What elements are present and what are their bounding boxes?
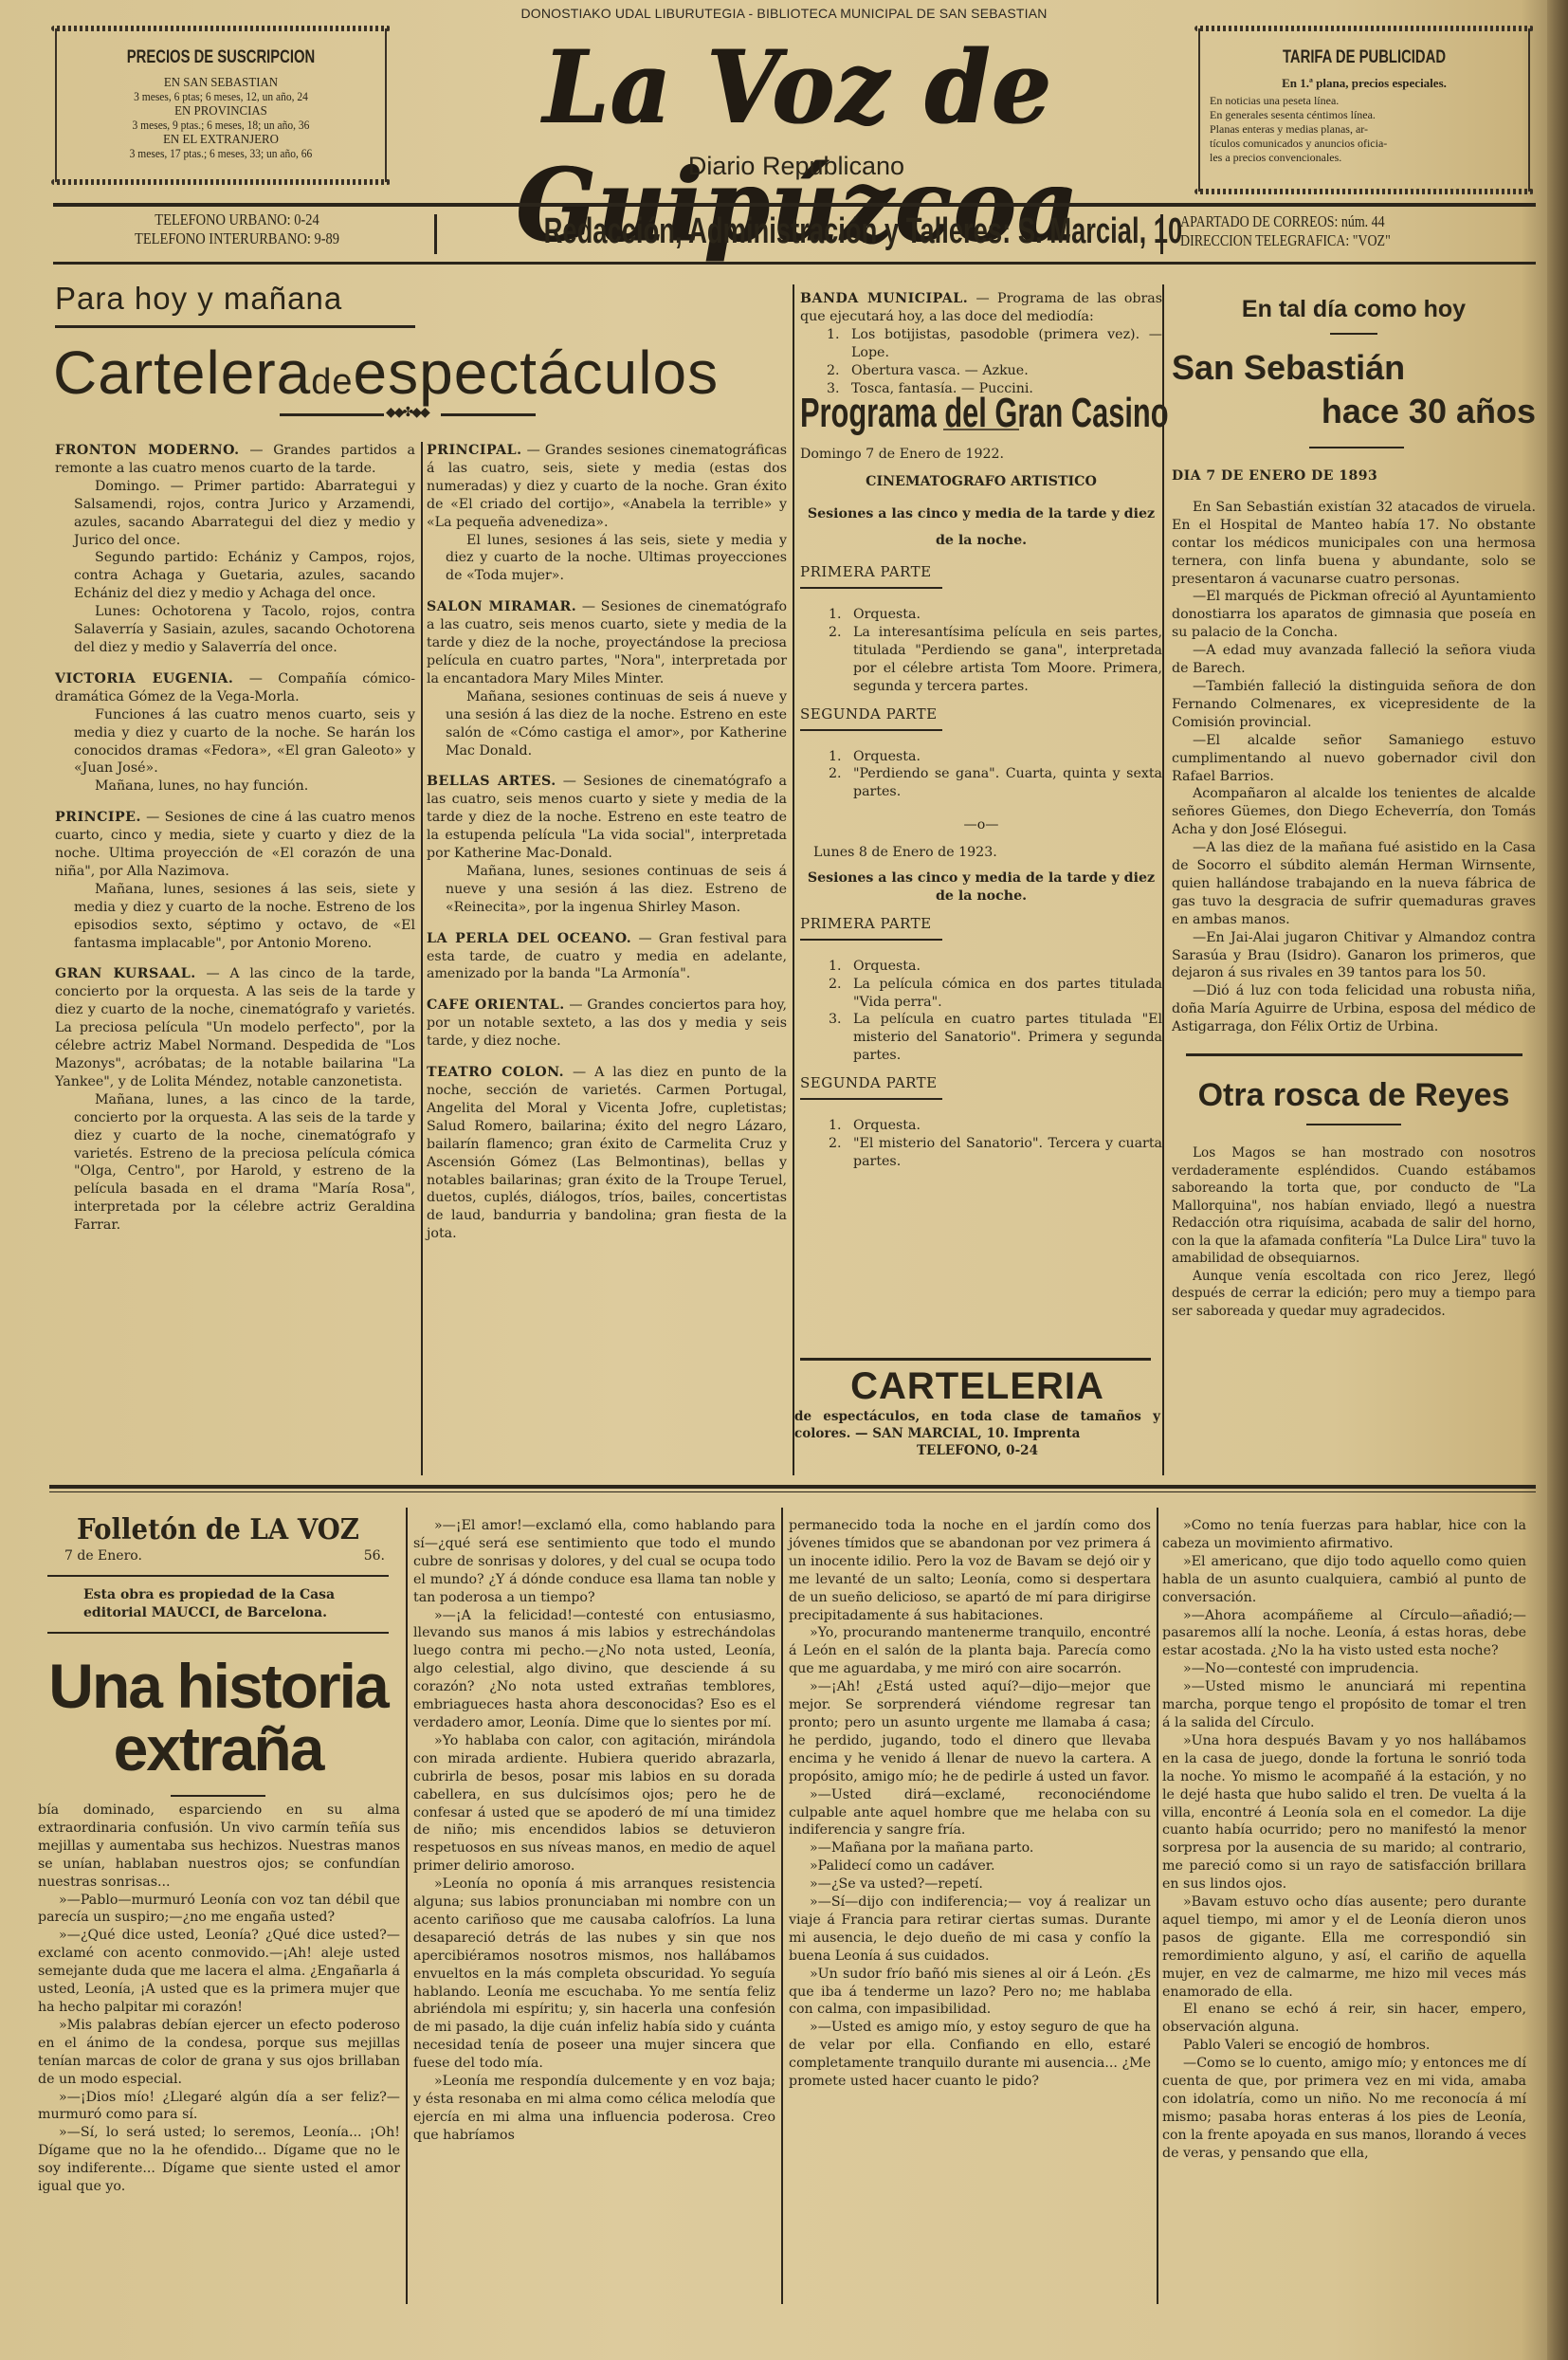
subscription-box-title: PRECIOS DE SUSCRIPCION bbox=[100, 47, 341, 68]
divider bbox=[1160, 214, 1163, 254]
paragraph: »Bavam estuvo ocho días ausente; pero du… bbox=[1162, 1893, 1526, 2001]
advertising-line: En noticias una peseta línea. bbox=[1210, 94, 1519, 108]
venue-name: BELLAS ARTES. bbox=[427, 774, 556, 789]
venue-entry: SALON MIRAMAR. — Sesiones de cinematógra… bbox=[427, 598, 787, 759]
paragraph: »—Sí, lo será usted; lo seremos, Leonía.… bbox=[38, 2124, 400, 2196]
part-program: 1.Orquesta. 2."El misterio del Sanatorio… bbox=[800, 1117, 1162, 1171]
column-rule bbox=[781, 1508, 783, 2304]
address-banner: Redacción, Administración y Talleres: S.… bbox=[544, 210, 1049, 252]
folleton-title: Folletón de LA VOZ bbox=[61, 1513, 374, 1546]
paragraph: El enano se echó á reir, sin hacer, empe… bbox=[1162, 2001, 1526, 2037]
folleton-column-4: »Como no tenía fuerzas para hablar, hice… bbox=[1162, 1517, 1526, 2163]
casino-date: Lunes 8 de Enero de 1923. bbox=[800, 844, 1162, 862]
paragraph: »—Usted es amigo mío, y estoy seguro de … bbox=[789, 2019, 1151, 2091]
program-item: 1.Orquesta. bbox=[829, 958, 1162, 976]
venue-text: El lunes, sesiones á las seis, siete y m… bbox=[446, 532, 787, 586]
paragraph: —El marqués de Pickman ofreció al Ayunta… bbox=[1172, 588, 1536, 642]
column-rule bbox=[793, 284, 794, 1475]
header-rule bbox=[47, 1632, 389, 1634]
paragraph: bía dominado, esparciendo en su alma ext… bbox=[38, 1802, 400, 1892]
rights-notice: Esta obra es propiedad de la Casa editor… bbox=[47, 1586, 389, 1622]
folleton-meta: 7 de Enero. 56. bbox=[47, 1548, 389, 1564]
paragraph: »—¿Se va usted?—repetí. bbox=[789, 1875, 1151, 1893]
part-rule bbox=[800, 587, 942, 589]
title-ornament: ◆◆✤◆◆ bbox=[280, 408, 536, 421]
rosca-title: Otra rosca de Reyes bbox=[1172, 1077, 1536, 1114]
carteleria-phone: TELEFONO, 0-24 bbox=[794, 1442, 1160, 1459]
phone-interurban: TELEFONO INTERURBANO: 9-89 bbox=[100, 229, 374, 248]
section-rule bbox=[1186, 1053, 1522, 1056]
venue-name: VICTORIA EUGENIA. bbox=[55, 671, 233, 686]
paragraph: »—Pablo—murmuró Leonía con voz tan débil… bbox=[38, 1892, 400, 1928]
part-program: 1.Orquesta. 2."Perdiendo se gana". Cuart… bbox=[800, 748, 1162, 802]
folleton-column-2: »—¡El amor!—exclamó ella, como hablando … bbox=[413, 1517, 775, 2145]
paragraph: »Yo hablaba con calor, con agitación, mi… bbox=[413, 1732, 775, 1875]
venue-text: Funciones á las cuatro menos cuarto, sei… bbox=[74, 706, 415, 778]
part-program: 1.Orquesta. 2.La película cómica en dos … bbox=[800, 958, 1162, 1065]
advertising-box-title: TARIFA DE PUBLICIDAD bbox=[1244, 47, 1485, 68]
venue-name: FRONTON MODERNO. bbox=[55, 443, 240, 458]
venue-name: CAFE ORIENTAL. bbox=[427, 997, 565, 1013]
paragraph: »—Usted dirá—exclamé, reconociéndome cul… bbox=[789, 1786, 1151, 1840]
masthead-rule bbox=[53, 203, 1536, 207]
separator: —o— bbox=[800, 816, 1162, 834]
venue-text: Mañana, sesiones continuas de seis á nue… bbox=[446, 688, 787, 760]
venue-text: — A las diez en punto de la noche, secci… bbox=[427, 1065, 787, 1241]
advertising-line: En generales sesenta céntimos línea. bbox=[1210, 108, 1519, 122]
phone-info: TELEFONO URBANO: 0-24 TELEFONO INTERURBA… bbox=[100, 210, 374, 248]
divider bbox=[434, 214, 437, 254]
cartelera-column-1: FRONTON MODERNO. — Grandes partidos a re… bbox=[55, 442, 415, 1248]
part-label: SEGUNDA PARTE bbox=[800, 1074, 1162, 1092]
advertising-line: Planas enteras y medias planas, ar- bbox=[1210, 122, 1519, 137]
venue-text: Lunes: Ochotorena y Tacolo, rojos, contr… bbox=[74, 603, 415, 657]
paragraph: »—¡Dios mío! ¿Llegaré algún día a ser fe… bbox=[38, 2089, 400, 2125]
venue-entry: GRAN KURSAAL. — A las cinco de la tarde,… bbox=[55, 965, 415, 1235]
casino-date: Domingo 7 de Enero de 1922. bbox=[800, 446, 1162, 464]
program-item: 1.Orquesta. bbox=[829, 606, 1162, 624]
advertising-line: les a precios convencionales. bbox=[1210, 151, 1519, 165]
paragraph: »Leonía no oponía á mis arranques resist… bbox=[413, 1875, 775, 2073]
venue-entry: BELLAS ARTES. — Sesiones de cinematógraf… bbox=[427, 773, 787, 916]
venue-name: GRAN KURSAAL. bbox=[55, 966, 196, 981]
folleton-date: 7 de Enero. bbox=[64, 1548, 142, 1564]
carteleria-title: CARTELERIA bbox=[794, 1365, 1160, 1408]
paragraph: »Un sudor frío bañó mis sienes al oir á … bbox=[789, 1966, 1151, 2020]
paragraph: permanecido toda la noche en el jardín c… bbox=[789, 1517, 1151, 1624]
subscription-line: 3 meses, 9 ptas.; 6 meses, 18; un año, 3… bbox=[79, 119, 363, 133]
paragraph: Los Magos se han mostrado con nosotros v… bbox=[1172, 1144, 1536, 1268]
paragraph: —El alcalde señor Samaniego estuvo cumpl… bbox=[1172, 732, 1536, 786]
paragraph: »Una hora después Bavam y yo nos hallába… bbox=[1162, 1732, 1526, 1893]
folleton-column-3: permanecido toda la noche en el jardín c… bbox=[789, 1517, 1151, 2091]
paragraph: »—No—contesté con imprudencia. bbox=[1162, 1660, 1526, 1678]
newspaper-subtitle: Diario Republicano bbox=[531, 152, 1062, 181]
casino-sessions: Sesiones a las cinco y media de la tarde… bbox=[800, 869, 1162, 906]
subscription-line: 3 meses, 6 ptas; 6 meses, 12, un año, 24 bbox=[79, 90, 363, 104]
subscription-box: PRECIOS DE SUSCRIPCION EN SAN SEBASTIAN … bbox=[55, 28, 387, 182]
story-title-line1: Una historia bbox=[47, 1655, 389, 1717]
folleton-top-rule-thin bbox=[49, 1491, 1536, 1492]
hace30-section: En tal día como hoy San Sebastián hace 3… bbox=[1172, 296, 1536, 1320]
venue-text: Domingo. — Primer partido: Abarrategui y… bbox=[74, 478, 415, 550]
paragraph: —En Jai-Alai jugaron Chitivar y Almandoz… bbox=[1172, 929, 1536, 983]
venue-text: Mañana, lunes, a las cinco de la tarde, … bbox=[74, 1091, 415, 1235]
subscription-line: 3 meses, 17 ptas.; 6 meses, 33; un año, … bbox=[79, 147, 363, 161]
title-main: Cartelera bbox=[53, 338, 311, 407]
venue-entry: PRINCIPE. — Sesiones de cine á las cuatr… bbox=[55, 809, 415, 952]
phone-urban: TELEFONO URBANO: 0-24 bbox=[100, 210, 374, 229]
column-rule bbox=[421, 442, 423, 1475]
cartelera-title: Carteleradeespectáculos bbox=[53, 339, 719, 415]
part-rule bbox=[800, 1098, 942, 1100]
venue-name: LA PERLA DEL OCEANO. bbox=[427, 931, 631, 946]
paragraph: Acompañaron al alcalde los tenientes de … bbox=[1172, 785, 1536, 839]
paragraph: »Leonía me respondía dulcemente y en voz… bbox=[413, 2073, 775, 2145]
postal-info: APARTADO DE CORREOS: núm. 44 DIRECCION T… bbox=[1180, 212, 1491, 250]
program-item: 2.La película cómica en dos partes titul… bbox=[829, 976, 1162, 1012]
paragraph: »El americano, que dijo todo aquello com… bbox=[1162, 1553, 1526, 1607]
program-item: 2.Obertura vasca. — Azkue. bbox=[827, 362, 1162, 380]
advertising-line: En 1.ª plana, precios especiales. bbox=[1210, 76, 1519, 90]
telegraph-address: DIRECCION TELEGRAFICA: "VOZ" bbox=[1180, 231, 1491, 250]
paragraph: »—Sí—dijo con indiferencia;— voy á reali… bbox=[789, 1893, 1151, 1966]
part-label: PRIMERA PARTE bbox=[800, 915, 1162, 933]
casino-column: BANDA MUNICIPAL. — Programa de las obras… bbox=[800, 290, 1162, 1171]
program-item: 1.Orquesta. bbox=[829, 748, 1162, 766]
column-rule bbox=[406, 1508, 408, 2304]
venue-name: TEATRO COLON. bbox=[427, 1065, 564, 1080]
folleton-header: Folletón de LA VOZ 7 de Enero. 56. Esta … bbox=[47, 1513, 389, 1821]
casino-subtitle: CINEMATOGRAFO ARTISTICO bbox=[800, 473, 1162, 491]
title-rule bbox=[171, 1795, 265, 1797]
paragraph: —Dió á luz con toda felicidad una robust… bbox=[1172, 982, 1536, 1036]
page-edge bbox=[1547, 0, 1568, 2360]
casino-title: Programa del Gran Casino bbox=[800, 405, 1053, 423]
part-rule bbox=[800, 729, 942, 731]
kicker-rule bbox=[1330, 333, 1377, 335]
paragraph: En San Sebastián existían 32 atacados de… bbox=[1172, 499, 1536, 589]
part-label: SEGUNDA PARTE bbox=[800, 705, 1162, 723]
ad-rule bbox=[800, 1358, 1151, 1361]
title-rule bbox=[1306, 1124, 1401, 1125]
paragraph: —Como se lo cuento, amigo mío; y entonce… bbox=[1162, 2055, 1526, 2162]
title-de: de bbox=[311, 362, 353, 402]
program-item: 2.La interesantísima película en seis pa… bbox=[829, 624, 1162, 696]
hace30-date: DIA 7 DE ENERO DE 1893 bbox=[1172, 467, 1536, 485]
paragraph: —También falleció la distinguida señora … bbox=[1172, 678, 1536, 732]
venue-text: Mañana, lunes, no hay función. bbox=[74, 778, 415, 796]
hace30-kicker: En tal día como hoy bbox=[1172, 296, 1536, 323]
paragraph: —A las diez de la mañana fué asistido en… bbox=[1172, 839, 1536, 929]
ornament-icon: ◆◆✤◆◆ bbox=[386, 405, 428, 420]
title-rest: espectáculos bbox=[354, 338, 720, 407]
venue-entry: VICTORIA EUGENIA. — Compañía cómico-dram… bbox=[55, 670, 415, 796]
paragraph: »Palidecí como un cadáver. bbox=[789, 1857, 1151, 1875]
paragraph: »Mis palabras debían ejercer un efecto p… bbox=[38, 2017, 400, 2089]
venue-text: Segundo partido: Echániz y Campos, rojos… bbox=[74, 549, 415, 603]
story-title-line2: extraña bbox=[47, 1717, 389, 1780]
paragraph: »—¡Ah! ¿Está usted aquí?—dijo—mejor que … bbox=[789, 1678, 1151, 1785]
advertising-line: tículos comunicados y anuncios oficia- bbox=[1210, 137, 1519, 151]
venue-entry: PRINCIPAL. — Grandes sesiones cinematogr… bbox=[427, 442, 787, 585]
archive-credit: DONOSTIAKO UDAL LIBURUTEGIA - BIBLIOTECA… bbox=[0, 6, 1568, 21]
venue-name: SALON MIRAMAR. bbox=[427, 599, 576, 614]
masthead-bottom-rule bbox=[53, 262, 1536, 265]
program-item: 1.Orquesta. bbox=[829, 1117, 1162, 1135]
carteleria-text: de espectáculos, en toda clase de tamaño… bbox=[794, 1408, 1160, 1442]
paragraph: Aunque venía escoltada con rico Jerez, l… bbox=[1172, 1268, 1536, 1321]
folleton-number: 56. bbox=[364, 1548, 385, 1564]
kicker-underline bbox=[55, 325, 415, 328]
venue-name: PRINCIPE. bbox=[55, 810, 141, 825]
subscription-line: EN EL EXTRANJERO bbox=[79, 133, 363, 147]
subscription-line: EN SAN SEBASTIAN bbox=[79, 76, 363, 90]
banda-program: 1.Los botijistas, pasodoble (primera vez… bbox=[819, 326, 1162, 398]
column-rule bbox=[1157, 1508, 1158, 2304]
program-item: 3.La película en cuatro partes titulada … bbox=[829, 1011, 1162, 1065]
folleton-column-1: bía dominado, esparciendo en su alma ext… bbox=[38, 1802, 400, 2196]
casino-sessions: Sesiones a las cinco y media de la tarde… bbox=[800, 501, 1162, 554]
cartelera-column-2: PRINCIPAL. — Grandes sesiones cinematogr… bbox=[427, 442, 787, 1256]
hace30-title-line2: hace 30 años bbox=[1172, 390, 1536, 433]
venue-entry: CAFE ORIENTAL. — Grandes conciertos para… bbox=[427, 997, 787, 1051]
part-rule bbox=[800, 939, 942, 941]
paragraph: »—¡El amor!—exclamó ella, como hablando … bbox=[413, 1517, 775, 1607]
venue-entry: LA PERLA DEL OCEANO. — Gran festival par… bbox=[427, 930, 787, 984]
paragraph: —A edad muy avanzada falleció la señora … bbox=[1172, 642, 1536, 678]
program-item: 2."Perdiendo se gana". Cuarta, quinta y … bbox=[829, 765, 1162, 801]
part-label: PRIMERA PARTE bbox=[800, 563, 1162, 581]
cartelera-kicker: Para hoy y mañana bbox=[55, 281, 342, 317]
venue-entry: FRONTON MODERNO. — Grandes partidos a re… bbox=[55, 442, 415, 657]
paragraph: »Yo, procurando mantenerme tranquilo, en… bbox=[789, 1624, 1151, 1678]
venue-text: Mañana, lunes, sesiones continuas de sei… bbox=[446, 863, 787, 917]
paragraph: »—Ahora acompáñeme al Círculo—añadió;—pa… bbox=[1162, 1607, 1526, 1661]
paragraph: »—¿Qué dice usted, Leonía? ¿Qué dice ust… bbox=[38, 1927, 400, 2017]
column-rule bbox=[1162, 284, 1164, 1475]
venue-text: — A las cinco de la tarde, concierto por… bbox=[55, 966, 415, 1089]
program-item: 2."El misterio del Sanatorio". Tercera y… bbox=[829, 1135, 1162, 1171]
rosca-body: Los Magos se han mostrado con nosotros v… bbox=[1172, 1144, 1536, 1320]
paragraph: Pablo Valeri se encogió de hombros. bbox=[1162, 2037, 1526, 2055]
folleton-top-rule bbox=[49, 1485, 1536, 1489]
hace30-body: En San Sebastián existían 32 atacados de… bbox=[1172, 499, 1536, 1036]
header-rule bbox=[47, 1575, 389, 1577]
po-box: APARTADO DE CORREOS: núm. 44 bbox=[1180, 212, 1491, 231]
subscription-line: EN PROVINCIAS bbox=[79, 104, 363, 119]
paragraph: »—¡A la felicidad!—contesté con entusias… bbox=[413, 1607, 775, 1732]
venue-name: PRINCIPAL. bbox=[427, 443, 522, 458]
hace30-title-line1: San Sebastián bbox=[1172, 346, 1536, 390]
venue-name: BANDA MUNICIPAL. bbox=[800, 291, 968, 306]
carteleria-ad: CARTELERIA de espectáculos, en toda clas… bbox=[794, 1365, 1160, 1459]
advertising-box: TARIFA DE PUBLICIDAD En 1.ª plana, preci… bbox=[1198, 28, 1530, 192]
paragraph: »—Usted mismo le anunciará mi repentina … bbox=[1162, 1678, 1526, 1732]
program-item: 1.Los botijistas, pasodoble (primera vez… bbox=[827, 326, 1162, 362]
title-rule bbox=[1309, 447, 1404, 448]
banda-entry: BANDA MUNICIPAL. — Programa de las obras… bbox=[800, 290, 1162, 397]
paragraph: »—Mañana por la mañana parto. bbox=[789, 1839, 1151, 1857]
venue-entry: TEATRO COLON. — A las diez en punto de l… bbox=[427, 1064, 787, 1243]
paragraph: »Como no tenía fuerzas para hablar, hice… bbox=[1162, 1517, 1526, 1553]
venue-text: Mañana, lunes, sesiones á las seis, siet… bbox=[74, 881, 415, 953]
part-program: 1.Orquesta. 2.La interesantísima películ… bbox=[800, 606, 1162, 696]
